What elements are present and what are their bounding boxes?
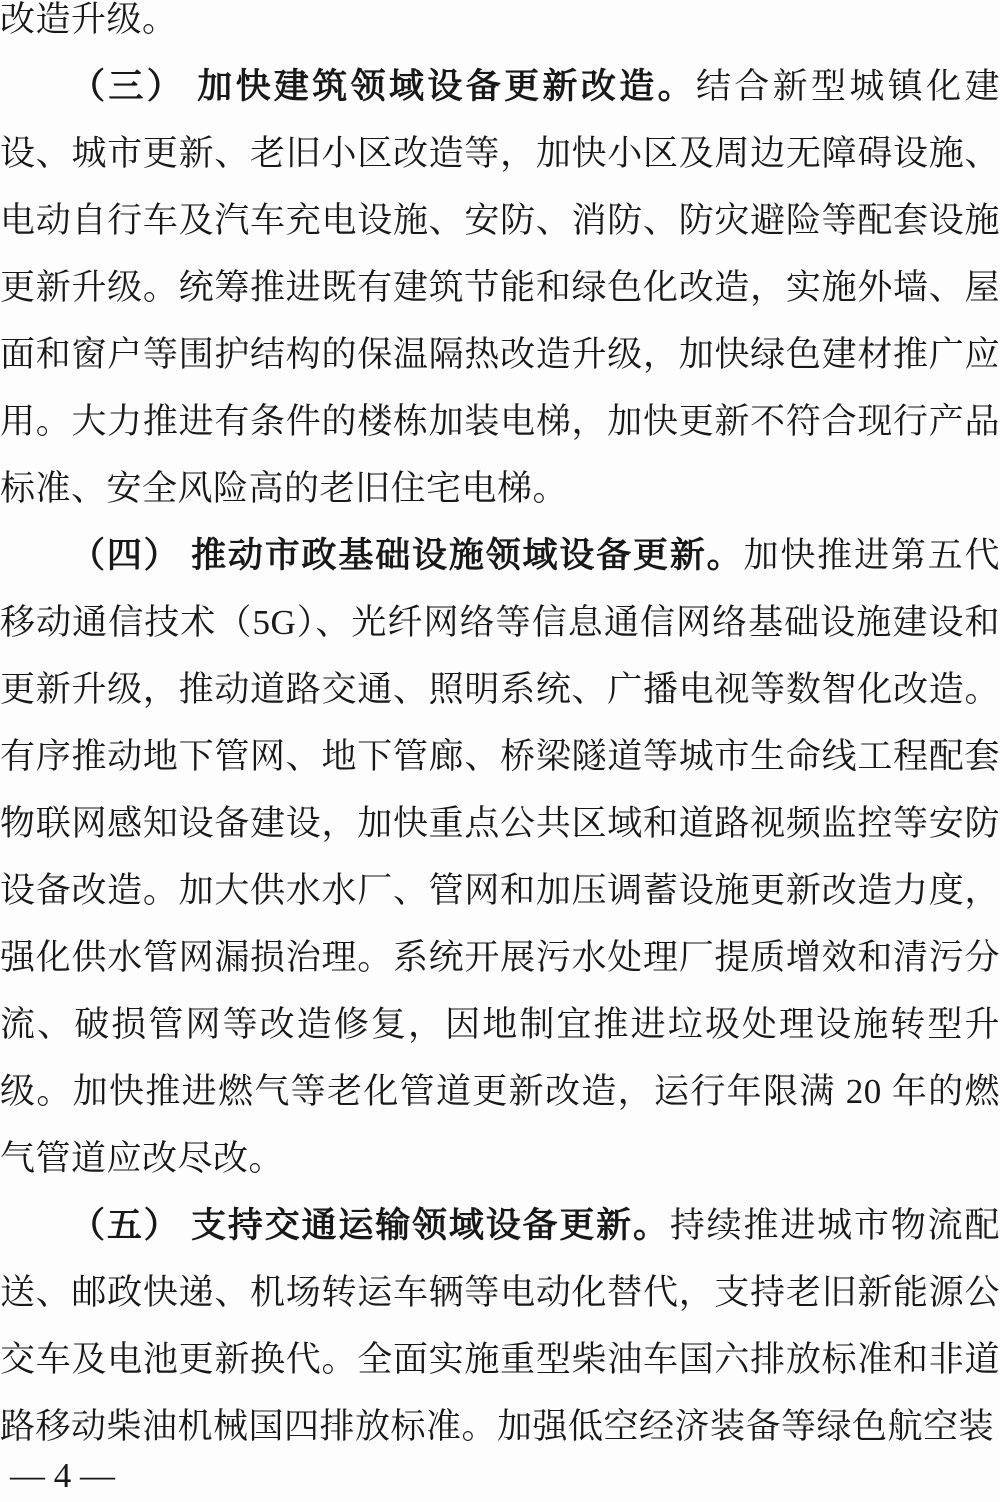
section-3-text: 结合新型城镇化建设、城市更新、老旧小区改造等，加快小区及周边无障碍设施、电动自行… — [0, 67, 1000, 508]
section-4-text: 加快推进第五代移动通信技术（5G）、光纤网络等信息通信网络基础设施建设和更新升级… — [0, 536, 1000, 1178]
section-3-heading: （三） 加快建筑领域设备更新改造。 — [70, 67, 696, 106]
page-number: — 4 — — [10, 1456, 115, 1495]
paragraph-continuation: 改造升级。 — [0, 0, 1000, 53]
document-body: 改造升级。 （三） 加快建筑领域设备更新改造。结合新型城镇化建设、城市更新、老旧… — [0, 0, 1000, 1460]
paragraph-section-3: （三） 加快建筑领域设备更新改造。结合新型城镇化建设、城市更新、老旧小区改造等，… — [0, 53, 1000, 522]
document-page: 改造升级。 （三） 加快建筑领域设备更新改造。结合新型城镇化建设、城市更新、老旧… — [0, 0, 1000, 1502]
paragraph-section-5: （五） 支持交通运输领域设备更新。持续推进城市物流配送、邮政快递、机场转运车辆等… — [0, 1192, 1000, 1460]
section-4-heading: （四） 推动市政基础设施领域设备更新。 — [70, 536, 744, 575]
paragraph-section-4: （四） 推动市政基础设施领域设备更新。加快推进第五代移动通信技术（5G）、光纤网… — [0, 522, 1000, 1192]
section-5-heading: （五） 支持交通运输领域设备更新。 — [70, 1206, 670, 1245]
paragraph-text: 改造升级。 — [0, 0, 178, 39]
page-footer: — 4 — — [10, 1452, 115, 1500]
